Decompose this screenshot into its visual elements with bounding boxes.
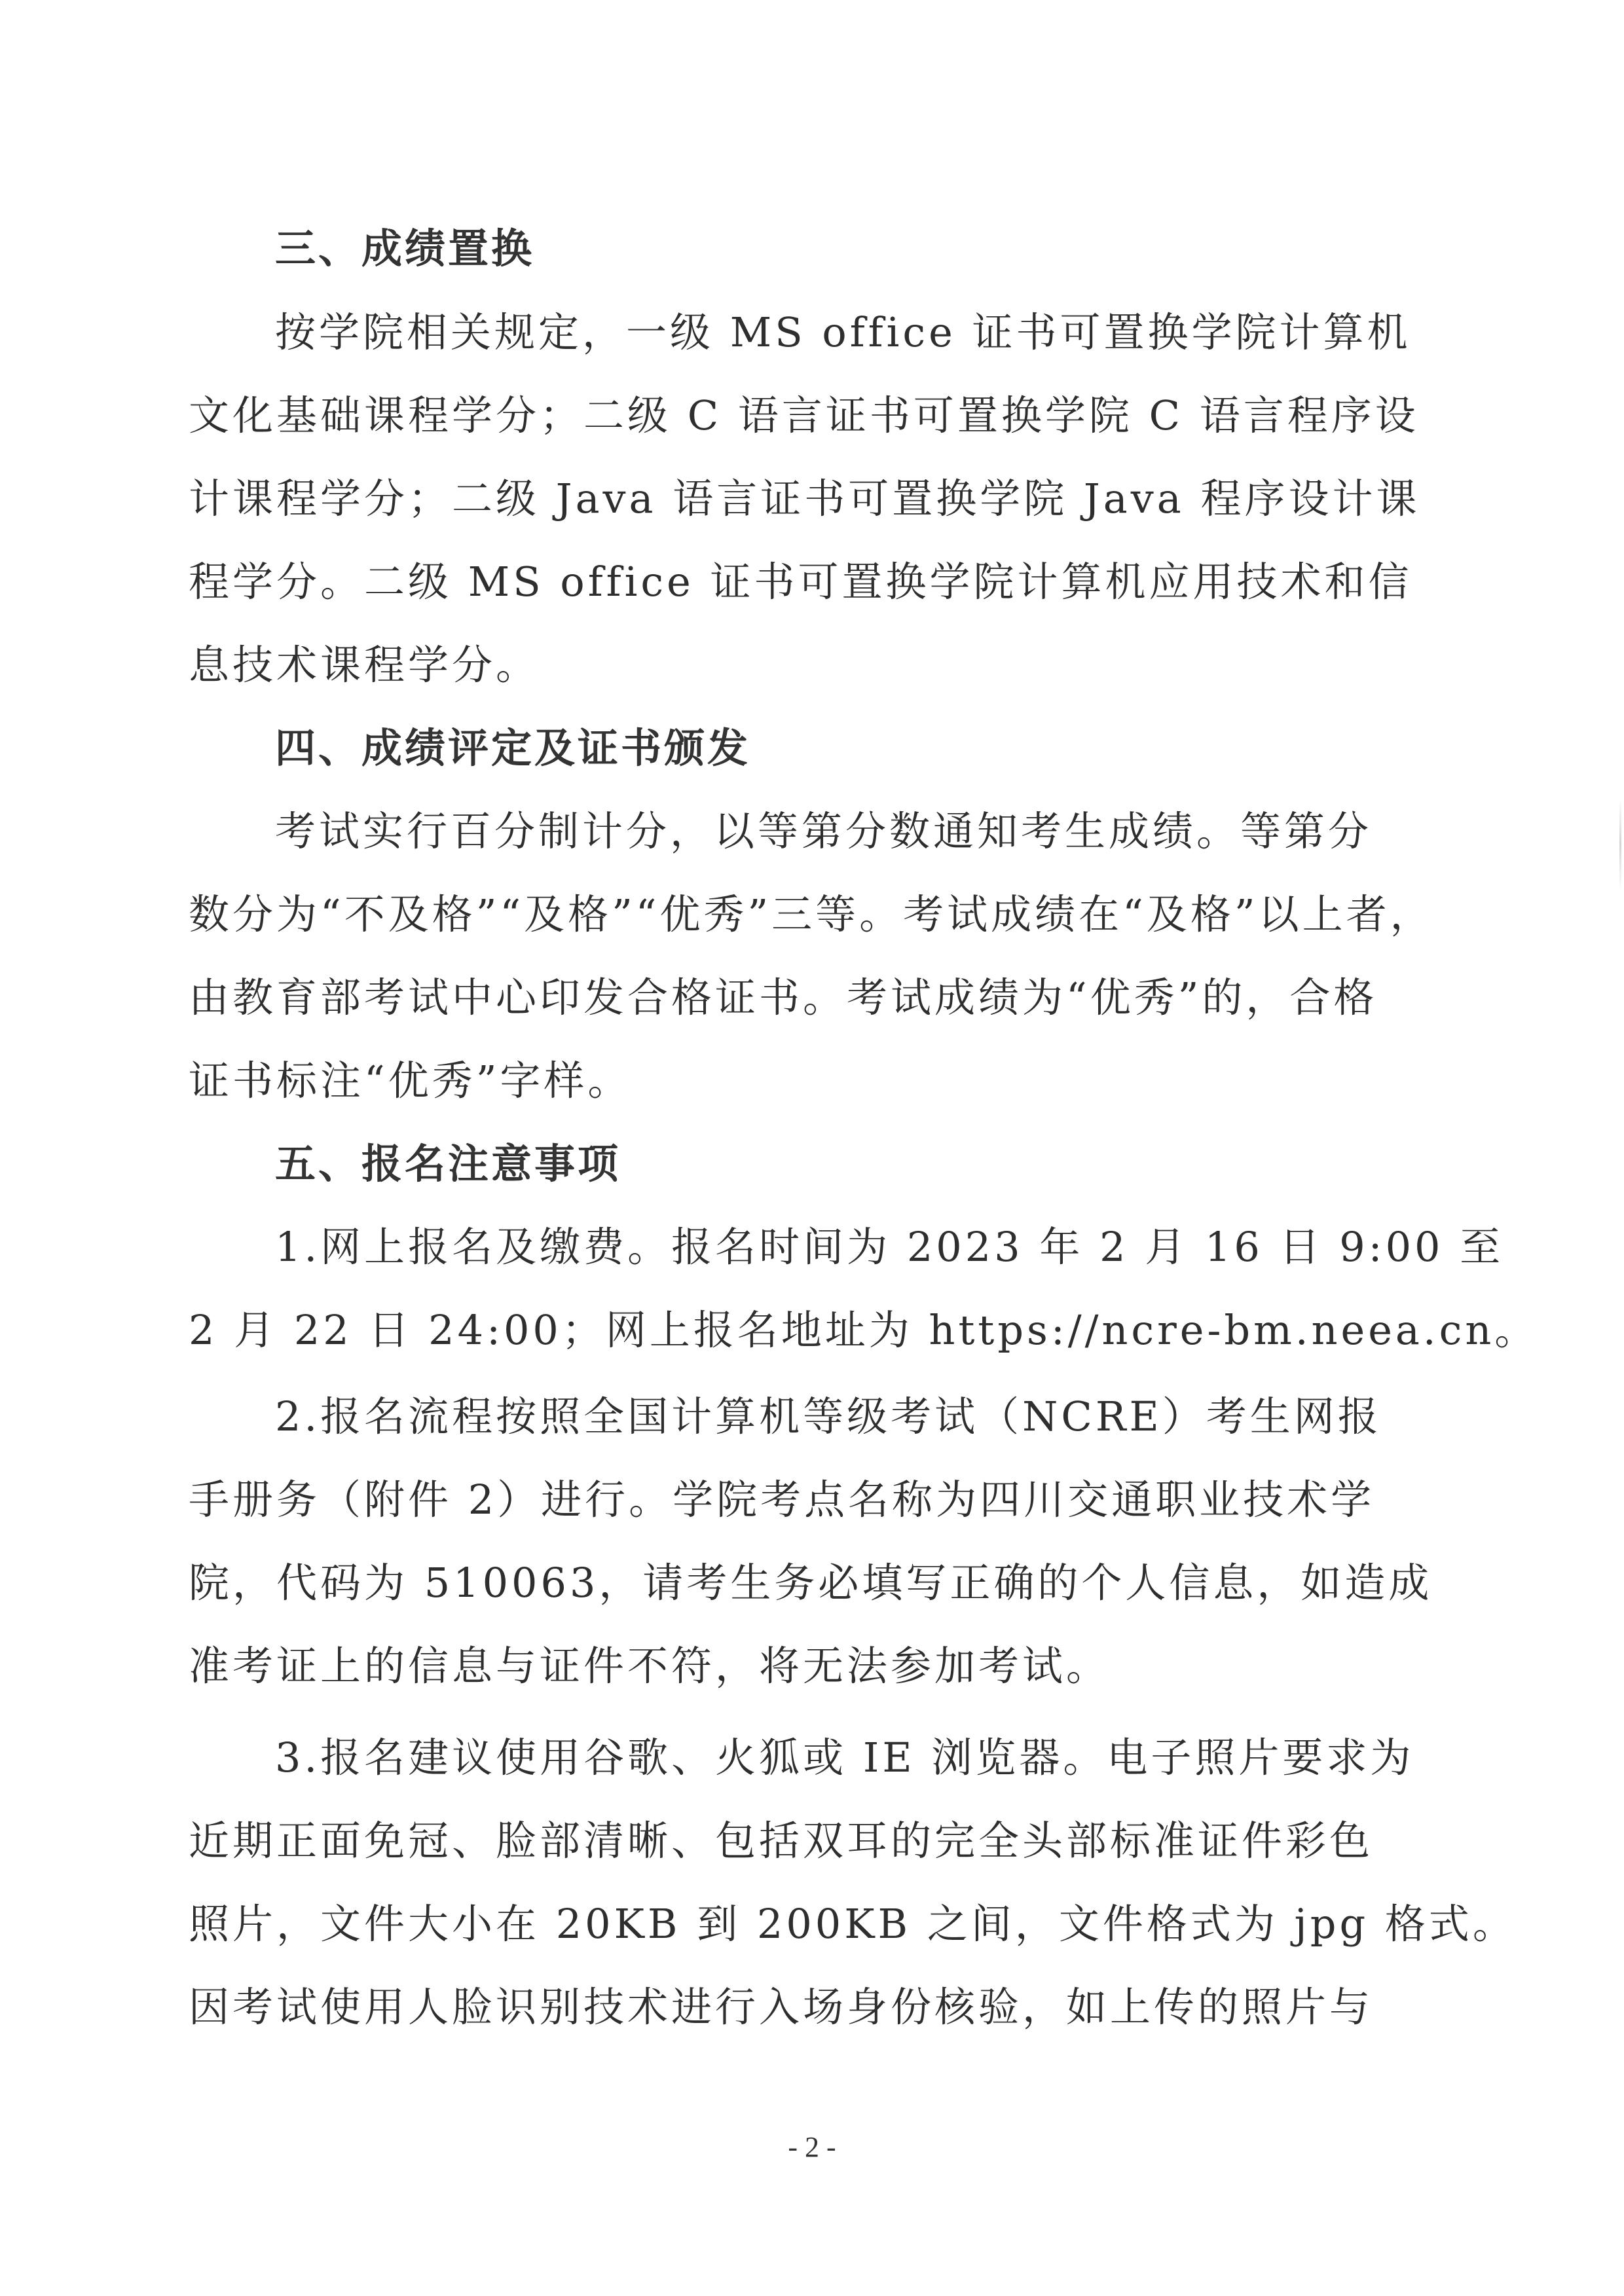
paragraph-line: 照片，文件大小在 20KB 到 200KB 之间，文件格式为 jpg 格式。 [189, 1898, 1361, 1950]
scan-artifact [1619, 799, 1621, 890]
paragraph-line: 程学分。二级 MS office 证书可置换学院计算机应用技术和信 [189, 556, 1361, 608]
paragraph-line: 文化基础课程学分；二级 C 语言证书可置换学院 C 语言程序设 [189, 390, 1361, 442]
paragraph-line: 准考证上的信息与证件不符，将无法参加考试。 [189, 1640, 1361, 1692]
paragraph-line: 2 月 22 日 24:00；网上报名地址为 https://ncre-bm.n… [189, 1304, 1361, 1357]
paragraph-line: 由教育部考试中心印发合格证书。考试成绩为“优秀”的，合格 [189, 972, 1361, 1024]
paragraph-line: 近期正面免冠、脸部清晰、包括双耳的完全头部标准证件彩色 [189, 1815, 1361, 1867]
document-page: 三、成绩置换 按学院相关规定，一级 MS office 证书可置换学院计算机 文… [0, 0, 1624, 2296]
paragraph-line: 息技术课程学分。 [189, 639, 1361, 691]
paragraph-line: 1.网上报名及缴费。报名时间为 2023 年 2 月 16 日 9:00 至 [275, 1221, 1361, 1273]
paragraph-line: 2.报名流程按照全国计算机等级考试（NCRE）考生网报 [275, 1391, 1361, 1443]
section-heading-score-replacement: 三、成绩置换 [275, 223, 534, 275]
paragraph-line: 数分为“不及格”“及格”“优秀”三等。考试成绩在“及格”以上者， [189, 888, 1361, 941]
paragraph-line: 按学院相关规定，一级 MS office 证书可置换学院计算机 [275, 306, 1361, 359]
paragraph-line: 考试实行百分制计分，以等第分数通知考生成绩。等第分 [275, 805, 1361, 858]
section-heading-grading-certificate: 四、成绩评定及证书颁发 [275, 722, 750, 774]
paragraph-line: 3.报名建议使用谷歌、火狐或 IE 浏览器。电子照片要求为 [275, 1732, 1361, 1784]
paragraph-line: 院，代码为 510063，请考生务必填写正确的个人信息，如造成 [189, 1557, 1361, 1609]
paragraph-line: 手册务（附件 2）进行。学院考点名称为四川交通职业技术学 [189, 1474, 1361, 1526]
section-heading-registration-notes: 五、报名注意事项 [275, 1138, 621, 1190]
paragraph-line: 计课程学分；二级 Java 语言证书可置换学院 Java 程序设计课 [189, 473, 1361, 525]
page-number: - 2 - [0, 2131, 1624, 2164]
paragraph-line: 证书标注“优秀”字样。 [189, 1055, 1361, 1107]
paragraph-line: 因考试使用人脸识别技术进行入场身份核验，如上传的照片与 [189, 1981, 1361, 2033]
